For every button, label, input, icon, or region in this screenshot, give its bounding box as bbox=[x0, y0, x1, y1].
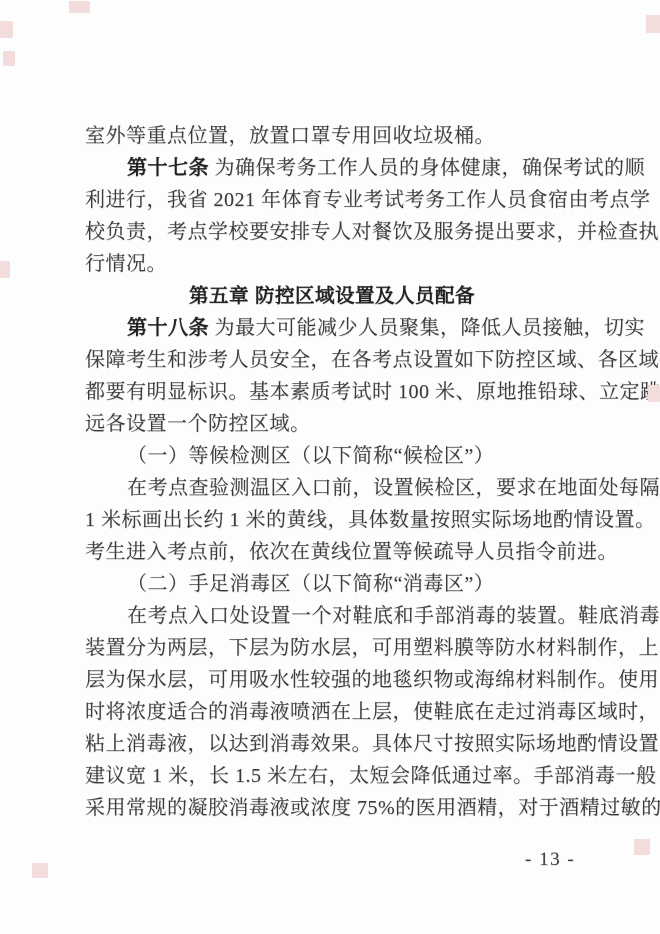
text-line: 建议宽 1 米，长 1.5 米左右，太短会降低通过率。手部消毒一般 bbox=[85, 760, 579, 792]
page-number: - 13 - bbox=[525, 849, 575, 871]
text-run: 层为保水层，可用吸水性较强的地毯织物或海绵材料制作。使用 bbox=[85, 669, 659, 691]
text-line: 在考点入口处设置一个对鞋底和手部消毒的装置。鞋底消毒 bbox=[85, 600, 579, 632]
document-lines: 室外等重点位置，放置口罩专用回收垃圾桶。第十七条 为确保考务工作人员的身体健康，… bbox=[85, 120, 579, 824]
text-run: （二）手足消毒区（以下简称“消毒区”） bbox=[127, 573, 494, 595]
text-line: 远各设置一个防控区域。 bbox=[85, 408, 579, 440]
chapter-heading: 第五章 防控区域设置及人员配备 bbox=[85, 280, 579, 312]
text-run: 远各设置一个防控区域。 bbox=[85, 413, 311, 435]
text-run: 室外等重点位置，放置口罩专用回收垃圾桶。 bbox=[85, 125, 495, 147]
scan-artifact-mark bbox=[0, 21, 13, 38]
text-line: 室外等重点位置，放置口罩专用回收垃圾桶。 bbox=[85, 120, 579, 152]
text-line: 第十七条 为确保考务工作人员的身体健康，确保考试的顺 bbox=[85, 152, 579, 184]
text-line: 粘上消毒液，以达到消毒效果。具体尺寸按照实际场地酌情设置， bbox=[85, 728, 579, 760]
text-run: 为确保考务工作人员的身体健康，确保考试的顺 bbox=[209, 157, 645, 179]
text-line: 时将浓度适合的消毒液喷洒在上层，使鞋底在走过消毒区域时， bbox=[85, 696, 579, 728]
text-line: （一）等候检测区（以下简称“候检区”） bbox=[85, 440, 579, 472]
text-run: 在考点查验测温区入口前，设置候检区，要求在地面处每隔 bbox=[127, 477, 660, 499]
text-run: 1 米标画出长约 1 米的黄线，具体数量按照实际场地酌情设置。 bbox=[85, 509, 656, 531]
text-line: 层为保水层，可用吸水性较强的地毯织物或海绵材料制作。使用 bbox=[85, 664, 579, 696]
scan-artifact-mark bbox=[634, 839, 650, 855]
document-page: 室外等重点位置，放置口罩专用回收垃圾桶。第十七条 为确保考务工作人员的身体健康，… bbox=[0, 0, 660, 934]
text-line: 在考点查验测温区入口前，设置候检区，要求在地面处每隔 bbox=[85, 472, 579, 504]
text-line: 利进行，我省 2021 年体育专业考试考务工作人员食宿由考点学 bbox=[85, 184, 579, 216]
text-line: 行情况。 bbox=[85, 248, 579, 280]
scan-artifact-mark bbox=[32, 863, 48, 878]
text-run: 行情况。 bbox=[85, 253, 167, 275]
text-run: 建议宽 1 米，长 1.5 米左右，太短会降低通过率。手部消毒一般 bbox=[85, 765, 657, 787]
text-line: 第十八条 为最大可能减少人员聚集，降低人员接触，切实 bbox=[85, 312, 579, 344]
scan-artifact-mark bbox=[0, 261, 10, 278]
text-line: 保障考生和涉考人员安全，在各考点设置如下防控区域、各区域 bbox=[85, 344, 579, 376]
scan-artifact-mark bbox=[69, 1, 90, 13]
scan-artifact-mark bbox=[648, 385, 660, 402]
text-run: 为最大可能减少人员聚集，降低人员接触，切实 bbox=[209, 317, 645, 339]
text-line: 都要有明显标识。基本素质考试时 100 米、原地推铅球、立定跳 bbox=[85, 376, 579, 408]
text-line: 考生进入考点前，依次在黄线位置等候疏导人员指令前进。 bbox=[85, 536, 579, 568]
text-line: 采用常规的凝胶消毒液或浓度 75%的医用酒精，对于酒精过敏的 bbox=[85, 792, 579, 824]
text-line: 装置分为两层，下层为防水层，可用塑料膜等防水材料制作，上 bbox=[85, 632, 579, 664]
text-run: 考生进入考点前，依次在黄线位置等候疏导人员指令前进。 bbox=[85, 541, 618, 563]
text-run: 在考点入口处设置一个对鞋底和手部消毒的装置。鞋底消毒 bbox=[127, 605, 660, 627]
bold-text-run: 第十七条 bbox=[127, 157, 209, 179]
text-line: 校负责，考点学校要安排专人对餐饮及服务提出要求，并检查执 bbox=[85, 216, 579, 248]
bold-text-run: 第五章 防控区域设置及人员配备 bbox=[189, 285, 475, 307]
text-line: 1 米标画出长约 1 米的黄线，具体数量按照实际场地酌情设置。 bbox=[85, 504, 579, 536]
text-run: 时将浓度适合的消毒液喷洒在上层，使鞋底在走过消毒区域时， bbox=[85, 701, 659, 723]
text-run: 利进行，我省 2021 年体育专业考试考务工作人员食宿由考点学 bbox=[85, 189, 651, 211]
text-run: 都要有明显标识。基本素质考试时 100 米、原地推铅球、立定跳 bbox=[85, 381, 660, 403]
scan-artifact-mark bbox=[646, 15, 660, 33]
text-run: 采用常规的凝胶消毒液或浓度 75%的医用酒精，对于酒精过敏的 bbox=[85, 797, 660, 819]
text-run: （一）等候检测区（以下简称“候检区”） bbox=[127, 445, 494, 467]
text-line: （二）手足消毒区（以下简称“消毒区”） bbox=[85, 568, 579, 600]
text-run: 校负责，考点学校要安排专人对餐饮及服务提出要求，并检查执 bbox=[85, 221, 659, 243]
text-run: 粘上消毒液，以达到消毒效果。具体尺寸按照实际场地酌情设置， bbox=[85, 733, 660, 755]
bold-text-run: 第十八条 bbox=[127, 317, 209, 339]
text-run: 保障考生和涉考人员安全，在各考点设置如下防控区域、各区域 bbox=[85, 349, 659, 371]
scan-artifact-mark bbox=[3, 51, 15, 66]
text-run: 装置分为两层，下层为防水层，可用塑料膜等防水材料制作，上 bbox=[85, 637, 659, 659]
